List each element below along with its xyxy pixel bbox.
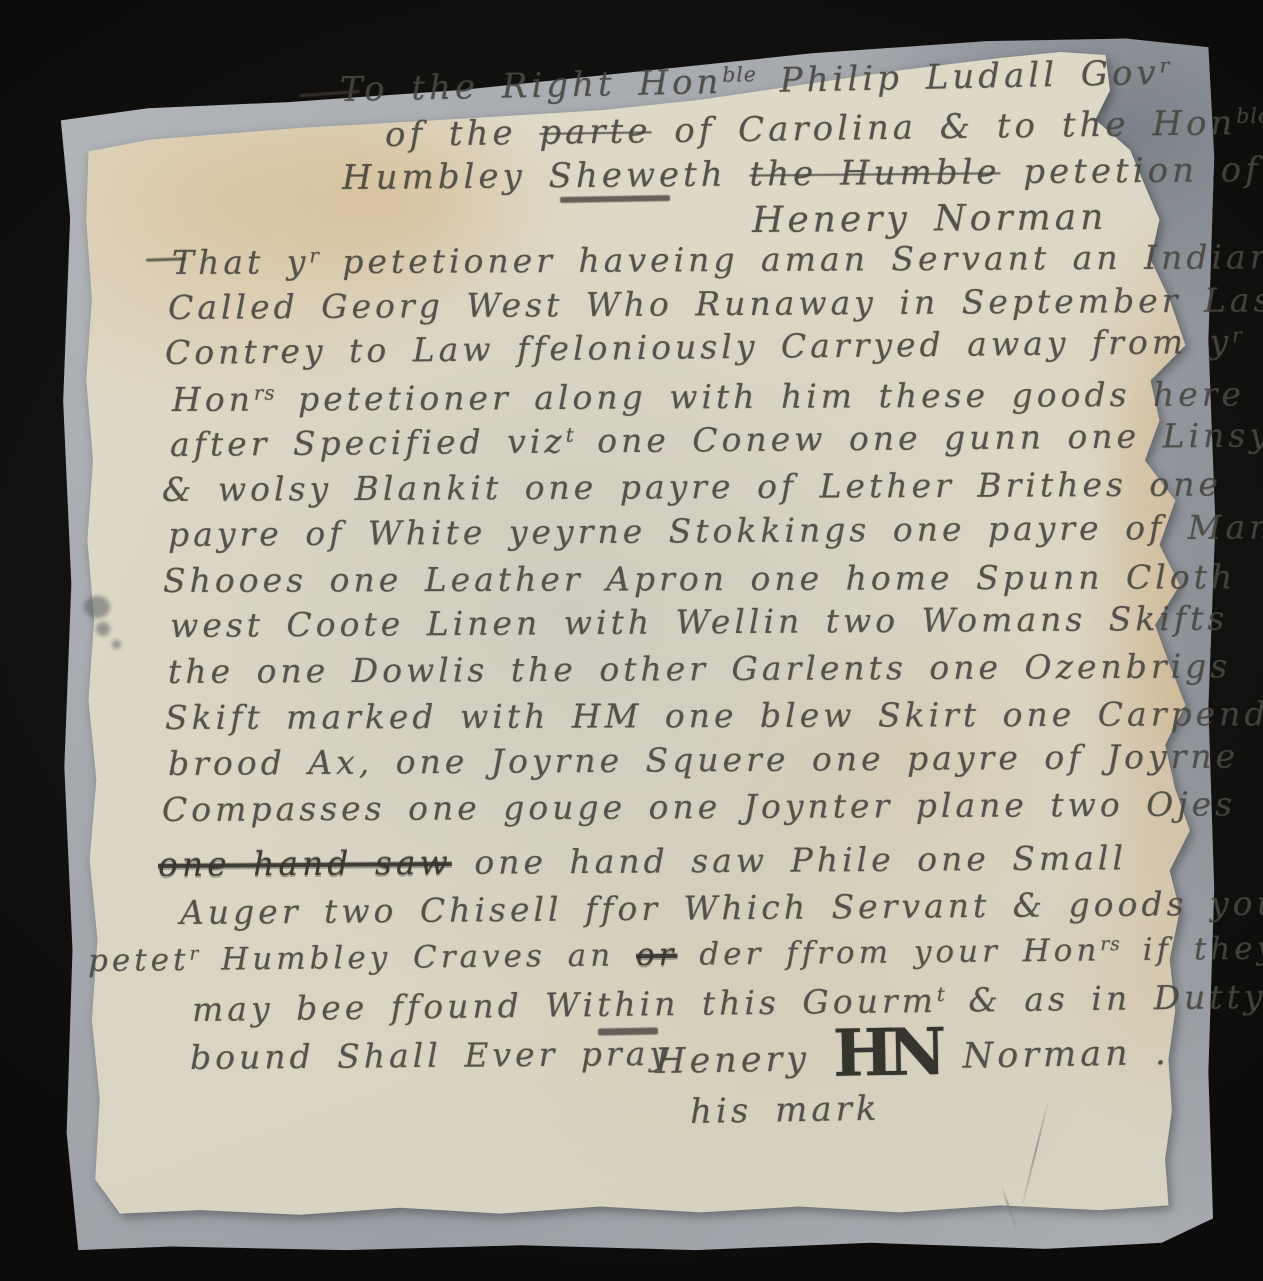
text-segment: after Specified viz (170, 422, 566, 464)
text-segment: ble (722, 62, 757, 87)
heading-line-1: To the Right Honble Philip Ludall Govr (340, 53, 1171, 110)
text-segment: That y (172, 242, 310, 282)
body-line-11: Skift marked with HM one blew Skirt one … (165, 694, 1263, 737)
text-segment: rs (254, 382, 276, 405)
text-segment: west Coote Linen with Wellin two Womans … (170, 599, 1229, 645)
body-line-6: & wolsy Blankit one payre of Lether Brit… (162, 464, 1222, 509)
heading-line-4: Henery Norman (752, 197, 1108, 241)
text-segment: To the Right Hon (340, 62, 723, 110)
body-line-7: payre of White yeyrne Stokkings one payr… (168, 507, 1263, 554)
text-segment: Shooes one Leather Apron one home Spunn … (163, 557, 1236, 600)
paper-crack (1022, 1096, 1051, 1203)
body-line-12: brood Ax, one Joyrne Squere one payre of… (168, 737, 1239, 783)
body-line-16: petetr Humbley Craves an or der ffrom yo… (88, 931, 1263, 979)
text-segment: r (1232, 324, 1243, 347)
signature-line: Henery HN Norman . (655, 1033, 1171, 1082)
ink-smudge (96, 622, 110, 636)
text-segment: & wolsy Blankit one payre of Lether Brit… (162, 464, 1222, 509)
body-line-9: west Coote Linen with Wellin two Womans … (170, 599, 1229, 645)
text-segment: of Carolina & to the Hon (651, 103, 1236, 151)
text-segment: petetioner along with him these goods he… (275, 374, 1245, 418)
text-segment: parte (539, 111, 652, 153)
heading-line-2: of the parte of Carolina & to the Honble (385, 103, 1263, 155)
text-segment: the one Dowlis the other Garlents one Oz… (168, 646, 1231, 691)
text-segment: Henery (655, 1039, 834, 1082)
pen-stroke (560, 195, 670, 203)
text-segment: one Conew one gunn one Linsy (575, 415, 1263, 460)
body-line-10: the one Dowlis the other Garlents one Oz… (168, 646, 1231, 691)
text-segment: if they (1121, 931, 1263, 969)
body-line-8: Shooes one Leather Apron one home Spunn … (163, 557, 1236, 600)
text-segment: Philip Ludall Gov (757, 53, 1160, 101)
ink-smudge (84, 596, 110, 618)
text-segment: Henery Norman (752, 197, 1108, 241)
body-line-13: Compasses one gouge one Joynter plane tw… (162, 784, 1236, 829)
text-segment: der ffrom your Hon (677, 932, 1100, 972)
body-line-17: may bee ffound Within this Gourmt & as i… (192, 977, 1263, 1029)
text-segment: payre of White yeyrne Stokkings one payr… (168, 507, 1263, 554)
text-segment: Compasses one gouge one Joynter plane tw… (162, 784, 1236, 829)
text-segment: Hon (172, 380, 254, 419)
text-segment: ble (1236, 103, 1263, 127)
text-segment: t (566, 424, 575, 447)
text-segment: one hand saw Phile one Small (452, 838, 1127, 882)
heading-line-3: Humbley Sheweth the Humble petetion of (342, 150, 1262, 198)
text-segment: brood Ax, one Joyrne Squere one payre of… (168, 737, 1239, 783)
signature-mark: HN (832, 1014, 940, 1092)
text-segment: r (1159, 53, 1170, 77)
text-segment: may bee ffound Within this Gourm (192, 981, 937, 1029)
body-line-15: Auger two Chisell ffor Which Servant & g… (180, 883, 1263, 932)
text-segment: the Humble (749, 152, 1000, 194)
body-line-4: Honrs petetioner along with him these go… (172, 374, 1245, 419)
body-line-1: That yr petetioner haveing aman Servant … (172, 237, 1263, 282)
signature-caption: his mark (690, 1089, 881, 1132)
text-segment: Humbley Craves an (199, 937, 636, 978)
text-segment: petet (88, 942, 190, 979)
text-segment: Humbley Sheweth (342, 154, 750, 198)
text-segment: Called Georg West Who Runaway in Septemb… (168, 280, 1263, 327)
body-line-14: one hand saw one hand saw Phile one Smal… (158, 838, 1127, 884)
body-line-18: bound Shall Ever pray (190, 1034, 672, 1077)
paper-crack (1000, 1186, 1017, 1229)
text-segment: Skift marked with HM one blew Skirt one … (165, 694, 1263, 737)
document-photo: To the Right Honble Philip Ludall Govrof… (0, 0, 1263, 1281)
text-segment: & as in Dutty (946, 977, 1263, 1020)
text-segment: of the (385, 113, 540, 155)
text-segment: rs (1100, 934, 1121, 955)
text-segment: Norman . (939, 1033, 1170, 1077)
pen-stroke (598, 1027, 658, 1035)
text-segment: one hand saw (158, 843, 452, 884)
text-segment: Auger two Chisell ffor Which Servant & g… (180, 883, 1263, 932)
text-segment: bound Shall Ever pray (190, 1034, 672, 1077)
text-segment: his mark (690, 1089, 881, 1132)
ink-smudge (112, 640, 121, 649)
body-line-5: after Specified vizt one Conew one gunn … (170, 415, 1263, 464)
text-segment: t (937, 983, 946, 1006)
text-segment: petetioner haveing aman Servant an India… (320, 237, 1263, 281)
text-segment: petetion of (1000, 150, 1262, 192)
body-line-3: Contrey to Law ffeloniously Carryed away… (165, 322, 1243, 372)
manuscript-text-layer: To the Right Honble Philip Ludall Govrof… (0, 0, 1263, 1281)
body-line-2: Called Georg West Who Runaway in Septemb… (168, 280, 1263, 327)
text-segment: or (636, 937, 678, 973)
text-segment: Contrey to Law ffeloniously Carryed away… (165, 322, 1233, 372)
text-segment: r (309, 244, 320, 267)
